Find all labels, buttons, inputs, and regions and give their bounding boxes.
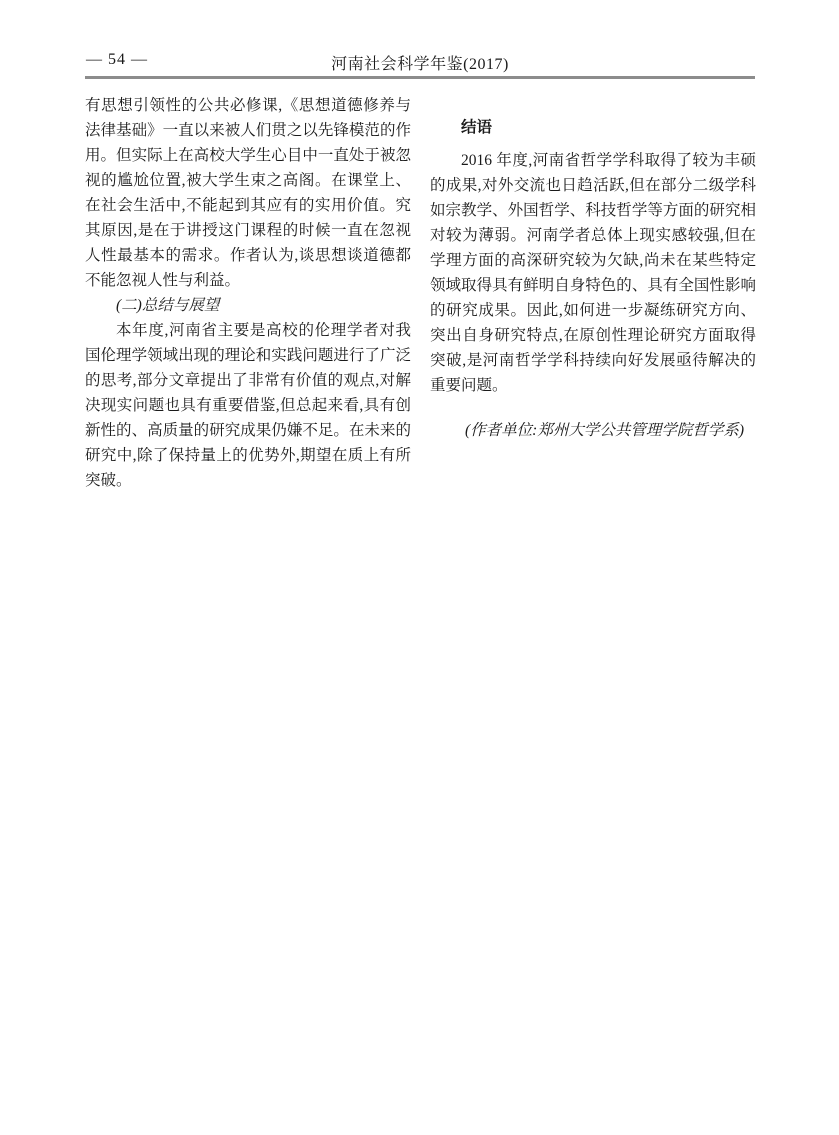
yearbook-page: — 54 — 河南社会科学年鉴(2017) 有思想引领性的公共必修课,《思想道德… bbox=[0, 0, 839, 1135]
paragraph-continued-from-previous-page: 有思想引领性的公共必修课,《思想道德修养与法律基础》一直以来被人们贯之以先锋模范… bbox=[85, 93, 411, 293]
header-rule bbox=[85, 76, 755, 79]
left-column: 有思想引领性的公共必修课,《思想道德修养与法律基础》一直以来被人们贯之以先锋模范… bbox=[85, 93, 411, 493]
conclusion-heading: 结语 bbox=[430, 115, 756, 140]
running-header-title: 河南社会科学年鉴(2017) bbox=[85, 51, 755, 74]
subsection-heading: (二)总结与展望 bbox=[85, 293, 411, 318]
right-column: 结语 2016 年度,河南省哲学学科取得了较为丰硕的成果,对外交流也日趋活跃,但… bbox=[430, 93, 756, 443]
author-affiliation: (作者单位:郑州大学公共管理学院哲学系) bbox=[430, 418, 756, 443]
conclusion-paragraph: 2016 年度,河南省哲学学科取得了较为丰硕的成果,对外交流也日趋活跃,但在部分… bbox=[430, 148, 756, 398]
summary-paragraph: 本年度,河南省主要是高校的伦理学者对我国伦理学领域出现的理论和实践问题进行了广泛… bbox=[85, 318, 411, 493]
